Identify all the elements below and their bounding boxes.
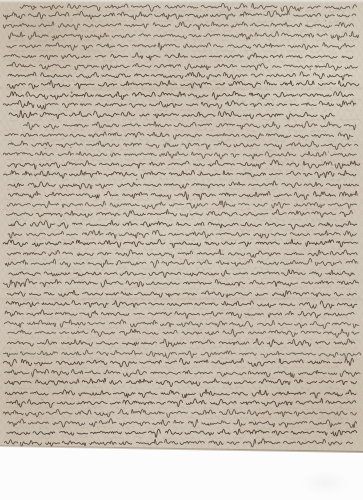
ink-dot bbox=[147, 361, 148, 362]
handwriting-line bbox=[4, 53, 353, 61]
handwriting-line bbox=[7, 43, 355, 51]
handwriting-ghost-line bbox=[8, 49, 353, 54]
handwriting-line bbox=[3, 409, 356, 417]
handwriting-ghost-line bbox=[12, 167, 357, 172]
handwriting-ghost-line bbox=[9, 247, 346, 251]
handwriting-ghost-line bbox=[10, 177, 347, 181]
handwriting-ghost-line bbox=[4, 8, 345, 13]
ink-dot bbox=[46, 354, 48, 356]
ink-dot bbox=[41, 399, 42, 400]
handwriting-ghost-line bbox=[4, 346, 357, 350]
ink-dot bbox=[33, 6, 34, 7]
ink-dot bbox=[296, 94, 298, 96]
ink-dot bbox=[70, 147, 72, 149]
handwriting-ghost-line bbox=[9, 277, 358, 281]
handwriting-ghost-line bbox=[3, 306, 353, 310]
handwriting-line bbox=[7, 429, 357, 437]
ink-dot bbox=[309, 68, 311, 70]
handwriting-ghost-line bbox=[14, 416, 349, 420]
handwriting-ghost-line bbox=[10, 79, 355, 83]
scanner-smudge bbox=[300, 470, 350, 496]
ink-dot bbox=[85, 216, 86, 217]
ink-dot bbox=[182, 360, 183, 361]
handwriting-line bbox=[8, 72, 352, 80]
handwriting-ghost-line bbox=[3, 286, 351, 291]
handwriting-ghost-line bbox=[13, 68, 354, 72]
handwriting-ghost-line bbox=[5, 436, 351, 441]
handwriting-line bbox=[8, 181, 359, 189]
handwriting-ghost-line bbox=[10, 228, 342, 232]
handwriting-line bbox=[8, 249, 358, 258]
handwriting-line bbox=[8, 141, 358, 150]
handwriting-ghost-line bbox=[11, 356, 360, 361]
ink-dot bbox=[196, 128, 197, 129]
handwriting-line bbox=[3, 358, 353, 367]
ink-dot bbox=[23, 273, 24, 274]
handwriting-line bbox=[3, 100, 356, 109]
ink-dot bbox=[328, 151, 329, 152]
handwriting-ghost-line bbox=[13, 266, 344, 271]
handwriting-line bbox=[8, 230, 356, 238]
handwriting-line bbox=[5, 378, 357, 386]
handwriting-line bbox=[5, 132, 353, 139]
handwriting-ghost-line bbox=[2, 207, 354, 211]
handwriting-line bbox=[4, 320, 359, 329]
ink-dot bbox=[52, 39, 54, 41]
handwriting-line bbox=[7, 91, 353, 99]
handwriting-ghost-line bbox=[3, 197, 354, 202]
handwriting-ghost-line bbox=[4, 59, 352, 63]
letter-page bbox=[0, 0, 363, 453]
handwriting-line bbox=[7, 290, 356, 297]
handwriting-ghost-line bbox=[8, 365, 340, 370]
handwriting-line bbox=[8, 339, 356, 347]
handwriting-ghost-line bbox=[6, 395, 350, 399]
handwriting-line bbox=[9, 270, 355, 278]
handwriting-ghost-line bbox=[10, 217, 348, 221]
handwriting-line bbox=[3, 11, 355, 20]
ink-dot bbox=[55, 251, 56, 252]
ink-dot bbox=[136, 179, 138, 181]
handwriting-line bbox=[8, 160, 360, 169]
handwriting-line bbox=[7, 62, 358, 70]
handwriting-ghost-line bbox=[9, 38, 358, 42]
ink-dot bbox=[325, 20, 326, 21]
handwriting-ghost-line bbox=[8, 296, 349, 301]
ink-dot bbox=[126, 145, 127, 146]
handwriting-line bbox=[9, 220, 357, 229]
handwriting-ghost-line bbox=[7, 158, 354, 162]
handwriting-ghost-line bbox=[5, 19, 346, 24]
ink-dot bbox=[26, 95, 28, 97]
handwriting-line bbox=[6, 301, 357, 309]
handwriting-ghost-line bbox=[7, 336, 359, 341]
handwriting bbox=[0, 0, 363, 456]
handwriting-line bbox=[24, 121, 356, 129]
handwriting-line bbox=[7, 398, 356, 407]
handwriting-line bbox=[3, 151, 356, 159]
ink-dot bbox=[125, 21, 126, 22]
ink-dot bbox=[256, 154, 258, 156]
handwriting-ghost-line bbox=[7, 187, 347, 191]
ink-dot bbox=[156, 205, 158, 207]
handwriting-ghost-line bbox=[5, 316, 349, 321]
handwriting-line bbox=[4, 170, 356, 178]
handwriting-line bbox=[20, 3, 356, 11]
handwriting-line bbox=[3, 22, 353, 30]
handwriting-ghost-line bbox=[10, 98, 361, 103]
ink-dot bbox=[45, 148, 46, 149]
handwriting-ghost-line bbox=[14, 426, 358, 430]
handwriting-ghost-line bbox=[11, 108, 353, 112]
ink-dot bbox=[61, 145, 63, 147]
handwriting-ghost-line bbox=[10, 147, 345, 152]
ink-dot bbox=[208, 424, 210, 426]
handwriting-ghost-line bbox=[12, 28, 352, 33]
ink-dot bbox=[78, 327, 79, 328]
ink-dot bbox=[71, 92, 73, 94]
handwriting-ghost-line bbox=[9, 87, 343, 92]
handwriting-line bbox=[5, 369, 360, 377]
handwriting-line bbox=[5, 389, 356, 398]
handwriting-ghost-line bbox=[13, 386, 345, 390]
handwriting-line bbox=[9, 111, 334, 120]
handwriting-ghost-line bbox=[8, 375, 360, 380]
handwriting-ghost-line bbox=[12, 237, 354, 242]
handwriting-line bbox=[7, 201, 356, 209]
handwriting-line bbox=[7, 80, 359, 89]
scanned-letter bbox=[0, 0, 363, 500]
handwriting-ghost-line bbox=[6, 138, 356, 142]
handwriting-line bbox=[3, 350, 361, 358]
handwriting-ghost-line bbox=[5, 128, 352, 133]
